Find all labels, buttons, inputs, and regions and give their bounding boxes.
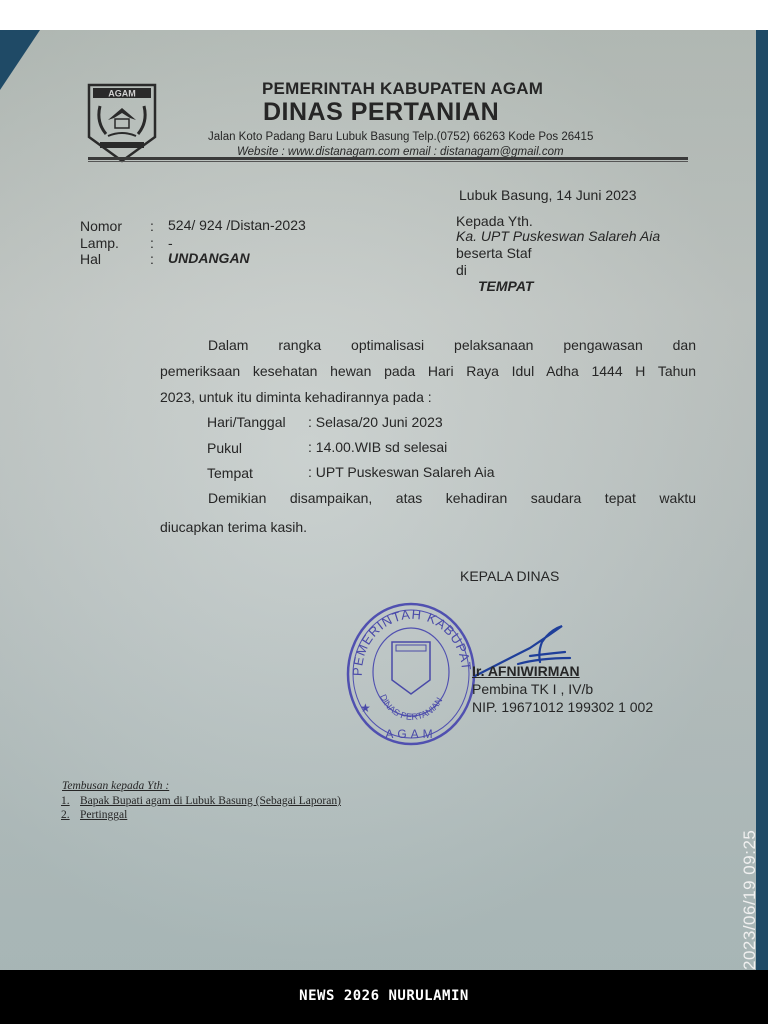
detail-value-date: : Selasa/20 Juni 2023 — [308, 414, 443, 430]
signatory-name: Ir. AFNIWIRMAN — [472, 663, 580, 679]
signatory-rank: Pembina TK I , IV/b — [472, 681, 593, 697]
closing-line1: Demikian disampaikan, atas kehadiran sau… — [160, 485, 696, 511]
copy-item-2-number: 2. — [61, 809, 70, 821]
recipient-line2: beserta Staf — [456, 245, 532, 261]
caption-bar: NEWS 2026 NURULAMIN — [0, 970, 768, 1024]
caption-text: NEWS 2026 NURULAMIN — [0, 988, 768, 1004]
body-paragraph-line2: pemeriksaan kesehatan hewan pada Hari Ra… — [160, 358, 696, 384]
svg-text:DINAS PERTANIAN: DINAS PERTANIAN — [378, 693, 444, 722]
detail-label-time: Pukul — [207, 440, 242, 456]
copy-item-1-number: 1. — [61, 795, 70, 807]
svg-text:PEMERINTAH KABUPATE: PEMERINTAH KABUPATE — [344, 600, 474, 676]
letterhead-government: PEMERINTAH KABUPATEN AGAM — [262, 79, 543, 99]
copy-item-2: Pertinggal — [80, 809, 127, 821]
svg-text:★: ★ — [360, 701, 371, 715]
recipient-name: Ka. UPT Puskeswan Salareh Aia — [456, 228, 660, 244]
letterhead-divider — [88, 157, 688, 160]
closing-line2: diucapkan terima kasih. — [160, 514, 696, 540]
meta-label-hal: Hal — [80, 251, 101, 267]
meta-label-nomor: Nomor — [80, 218, 122, 234]
recipient-line3: di — [456, 262, 467, 278]
body-paragraph-line3: 2023, untuk itu diminta kehadirannya pad… — [160, 384, 696, 410]
detail-label-place: Tempat — [207, 465, 253, 481]
detail-value-place: : UPT Puskeswan Salareh Aia — [308, 464, 495, 480]
signatory-title: KEPALA DINAS — [460, 568, 559, 584]
copies-heading: Tembusan kepada Yth : — [62, 780, 169, 792]
meta-label-lamp: Lamp. — [80, 235, 119, 251]
official-stamp-icon: PEMERINTAH KABUPATE DINAS PERTANIAN AGAM… — [344, 600, 478, 748]
place-date: Lubuk Basung, 14 Juni 2023 — [459, 187, 636, 203]
document-photo: AGAM PEMERINTAH KABUPATEN AGAM DINAS PER… — [0, 30, 768, 970]
meta-value-nomor: 524/ 924 /Distan-2023 — [168, 217, 306, 233]
recipient-greeting: Kepada Yth. — [456, 213, 533, 229]
copy-item-1: Bapak Bupati agam di Lubuk Basung (Sebag… — [80, 795, 341, 807]
detail-label-date: Hari/Tanggal — [207, 414, 286, 430]
body-paragraph-line1: Dalam rangka optimalisasi pelaksanaan pe… — [160, 332, 696, 358]
recipient-line4: TEMPAT — [478, 278, 533, 294]
signatory-nip: NIP. 19671012 199302 1 002 — [472, 699, 653, 715]
svg-text:AGAM: AGAM — [385, 727, 436, 741]
svg-text:AGAM: AGAM — [108, 89, 136, 99]
photo-timestamp: 2023/06/19 09:25 — [740, 830, 760, 970]
meta-value-lamp: - — [168, 235, 173, 251]
letterhead-address: Jalan Koto Padang Baru Lubuk Basung Telp… — [208, 131, 593, 143]
letterhead-agency: DINAS PERTANIAN — [263, 98, 499, 127]
detail-value-time: : 14.00.WIB sd selesai — [308, 439, 447, 455]
agam-regency-emblem-icon: AGAM — [86, 82, 158, 164]
meta-value-hal: UNDANGAN — [168, 250, 250, 266]
